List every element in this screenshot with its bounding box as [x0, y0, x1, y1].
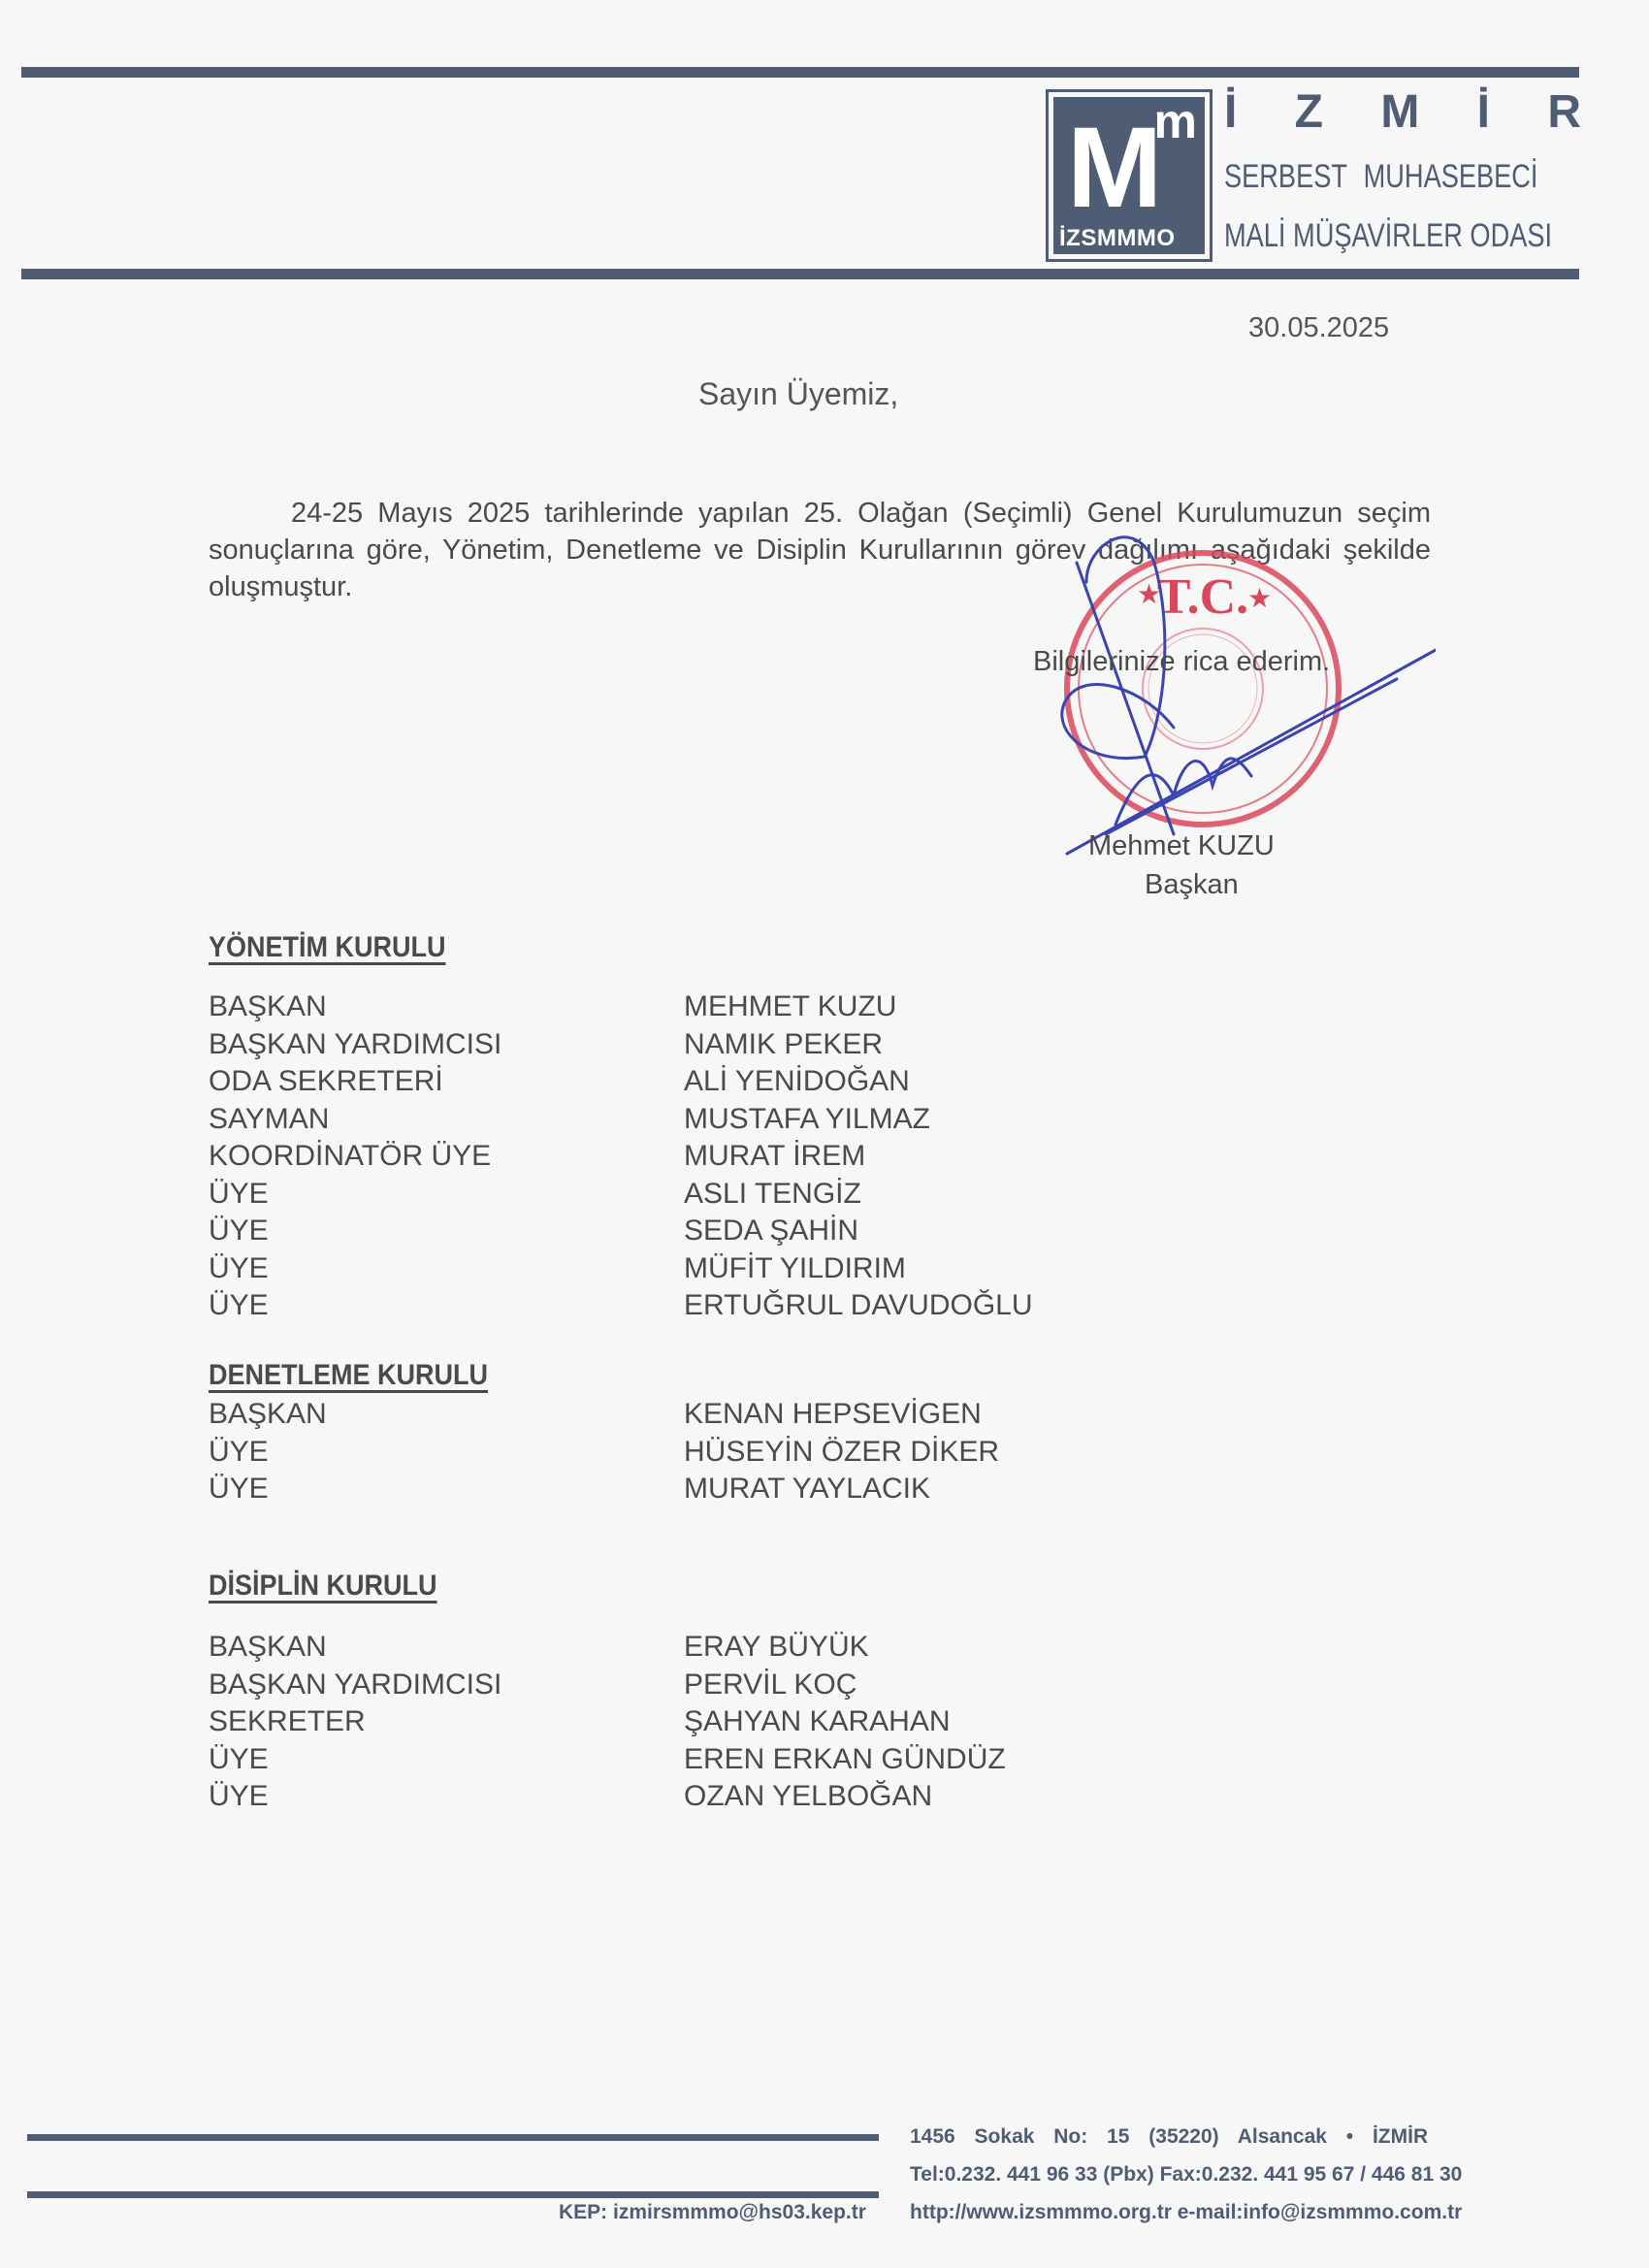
logo-letter: M [1067, 111, 1162, 225]
member-name: PERVİL KOÇ [684, 1669, 857, 1701]
footer-address: 1456 Sokak No: 15 (35220) Alsancak • İZM… [910, 2126, 1428, 2147]
member-role: ÜYE [209, 1473, 684, 1506]
table-row: BAŞKANERAY BÜYÜK [209, 1629, 1179, 1667]
member-name: NAMIK PEKER [684, 1028, 883, 1061]
city-letter: R [1547, 89, 1581, 136]
footer-web-email[interactable]: http://www.izsmmmo.org.tr e-mail:info@iz… [910, 2202, 1462, 2222]
table-row: ÜYEHÜSEYİN ÖZER DİKER [209, 1434, 1179, 1472]
board-title-denetleme: DENETLEME KURULU [209, 1361, 488, 1390]
table-row: ÜYEERTUĞRUL DAVUDOĞLU [209, 1287, 1179, 1325]
org-city-name: İ Z M İ R [1224, 89, 1581, 136]
table-row: BAŞKANMEHMET KUZU [209, 988, 1179, 1026]
member-name: ASLI TENGİZ [684, 1178, 861, 1211]
member-role: ÜYE [209, 1436, 684, 1469]
logo-abbreviation: İZSMMMO [1059, 227, 1175, 250]
header-bottom-rule [21, 269, 1579, 279]
table-row: SEKRETERŞAHYAN KARAHAN [209, 1703, 1179, 1741]
table-row: ÜYEOZAN YELBOĞAN [209, 1778, 1179, 1816]
member-name: SEDA ŞAHİN [684, 1215, 858, 1247]
table-row: BAŞKAN YARDIMCISINAMIK PEKER [209, 1026, 1179, 1064]
member-role: KOORDİNATÖR ÜYE [209, 1140, 684, 1173]
roster-disiplin: BAŞKANERAY BÜYÜK BAŞKAN YARDIMCISIPERVİL… [209, 1629, 1179, 1816]
member-role: ÜYE [209, 1780, 684, 1813]
roster-yonetim: BAŞKANMEHMET KUZU BAŞKAN YARDIMCISINAMIK… [209, 988, 1179, 1325]
member-name: ERTUĞRUL DAVUDOĞLU [684, 1289, 1033, 1322]
city-letter: M [1380, 89, 1419, 136]
logo-superscript: m [1154, 97, 1197, 146]
table-row: ÜYESEDA ŞAHİN [209, 1213, 1179, 1250]
footer-rule-top [27, 2134, 879, 2141]
table-row: ÜYEEREN ERKAN GÜNDÜZ [209, 1741, 1179, 1779]
member-role: ÜYE [209, 1743, 684, 1776]
member-name: ERAY BÜYÜK [684, 1631, 869, 1664]
table-row: ÜYEMURAT YAYLACIK [209, 1471, 1179, 1508]
member-role: ÜYE [209, 1215, 684, 1247]
member-name: MÜFİT YILDIRIM [684, 1252, 906, 1285]
table-row: BAŞKAN YARDIMCISIPERVİL KOÇ [209, 1667, 1179, 1704]
header-top-rule [21, 67, 1579, 78]
city-letter: Z [1295, 89, 1323, 136]
table-row: BAŞKANKENAN HEPSEVİGEN [209, 1396, 1179, 1434]
member-role: BAŞKAN [209, 990, 684, 1023]
member-name: MEHMET KUZU [684, 990, 896, 1023]
signer-name: Mehmet KUZU [1088, 830, 1275, 862]
member-name: EREN ERKAN GÜNDÜZ [684, 1743, 1006, 1776]
board-title-disiplin: DİSİPLİN KURULU [209, 1571, 437, 1601]
member-role: ÜYE [209, 1289, 684, 1322]
member-name: ALİ YENİDOĞAN [684, 1065, 910, 1098]
member-role: SAYMAN [209, 1103, 684, 1136]
city-letter: İ [1224, 89, 1237, 136]
member-role: BAŞKAN [209, 1398, 684, 1431]
table-row: SAYMANMUSTAFA YILMAZ [209, 1101, 1179, 1139]
table-row: ÜYEASLI TENGİZ [209, 1176, 1179, 1214]
member-name: HÜSEYİN ÖZER DİKER [684, 1436, 999, 1469]
member-role: BAŞKAN [209, 1631, 684, 1664]
member-name: ŞAHYAN KARAHAN [684, 1705, 951, 1738]
letter-date: 30.05.2025 [1248, 312, 1389, 344]
table-row: ODA SEKRETERİALİ YENİDOĞAN [209, 1063, 1179, 1101]
board-title-yonetim: YÖNETİM KURULU [209, 933, 445, 962]
org-name-line1: SERBEST MUHASEBECİ [1224, 160, 1509, 193]
member-role: ÜYE [209, 1178, 684, 1211]
member-name: OZAN YELBOĞAN [684, 1780, 932, 1813]
member-name: MURAT İREM [684, 1140, 865, 1173]
organization-logo: M m İZSMMMO [1046, 89, 1212, 262]
member-name: KENAN HEPSEVİGEN [684, 1398, 982, 1431]
member-role: SEKRETER [209, 1705, 684, 1738]
member-name: MUSTAFA YILMAZ [684, 1103, 930, 1136]
org-name-line2: MALİ MÜŞAVİRLER ODASI [1224, 219, 1509, 252]
salutation: Sayın Üyemiz, [698, 376, 898, 412]
member-role: BAŞKAN YARDIMCISI [209, 1028, 684, 1061]
member-role: BAŞKAN YARDIMCISI [209, 1669, 684, 1701]
closing-remark: Bilgilerinize rica ederim. [1033, 646, 1330, 678]
footer-kep-address[interactable]: KEP: izmirsmmmo@hs03.kep.tr [559, 2202, 866, 2222]
table-row: KOORDİNATÖR ÜYEMURAT İREM [209, 1138, 1179, 1176]
city-letter: İ [1477, 89, 1490, 136]
signer-title: Başkan [1145, 869, 1239, 901]
letter-body: 24-25 Mayıs 2025 tarihlerinde yapılan 25… [209, 495, 1431, 605]
member-name: MURAT YAYLACIK [684, 1473, 930, 1506]
table-row: ÜYEMÜFİT YILDIRIM [209, 1250, 1179, 1288]
footer-rule-bottom [27, 2191, 879, 2198]
roster-denetleme: BAŞKANKENAN HEPSEVİGEN ÜYEHÜSEYİN ÖZER D… [209, 1396, 1179, 1508]
footer-phone: Tel:0.232. 441 96 33 (Pbx) Fax:0.232. 44… [910, 2164, 1462, 2185]
member-role: ÜYE [209, 1252, 684, 1285]
member-role: ODA SEKRETERİ [209, 1065, 684, 1098]
